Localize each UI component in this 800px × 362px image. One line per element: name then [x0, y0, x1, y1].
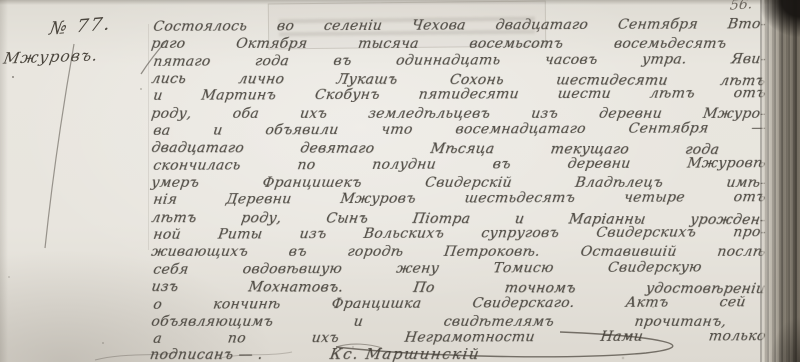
handwritten-line: нія Деревни Мжуровъ шестьдесятъ четыре о… — [152, 190, 767, 210]
handwritten-line: скончилась по полудни въ деревни Мжуровѣ — [152, 155, 767, 175]
margin-divider-line — [148, 24, 149, 250]
paper-speckles — [12, 76, 14, 78]
handwritten-line: себя овдовѣвшую жену Томисю Свидерскую — [152, 259, 703, 279]
record-body-text: Состоялось во селеніи Чехова двадцатаго … — [150, 19, 764, 349]
closing-word: подписанъ — . — [149, 347, 264, 362]
book-edge — [760, 0, 800, 362]
handwritten-line: и Мартинъ Скобунъ пятидесяти шести лѣтъ … — [152, 86, 767, 106]
scanned-register-page: 56. № 77. Мжуровъ. Состоялось во селеніи… — [0, 0, 800, 362]
priest-signature: Кс. Маршинскій — [329, 345, 482, 362]
handwritten-line: ва и объявили что восемнадцатаго Сентябр… — [152, 120, 767, 140]
handwritten-line: пятаго года въ одиннадцать часовъ утра. … — [152, 51, 767, 71]
page-number: 56. — [729, 0, 753, 14]
closing-and-signature: подписанъ — . Кс. Маршинскій — [149, 347, 481, 362]
record-number: № 77. — [48, 13, 114, 39]
margin-village-name: Мжуровъ. — [2, 46, 100, 67]
handwritten-line: ной Риты изъ Вольскихъ супруговъ Свидерс… — [152, 224, 767, 244]
handwritten-line: о кончинѣ Францишка Свидерскаго. Актъ се… — [152, 294, 747, 314]
handwritten-line: Состоялось во селеніи Чехова двадцатаго … — [152, 16, 767, 36]
